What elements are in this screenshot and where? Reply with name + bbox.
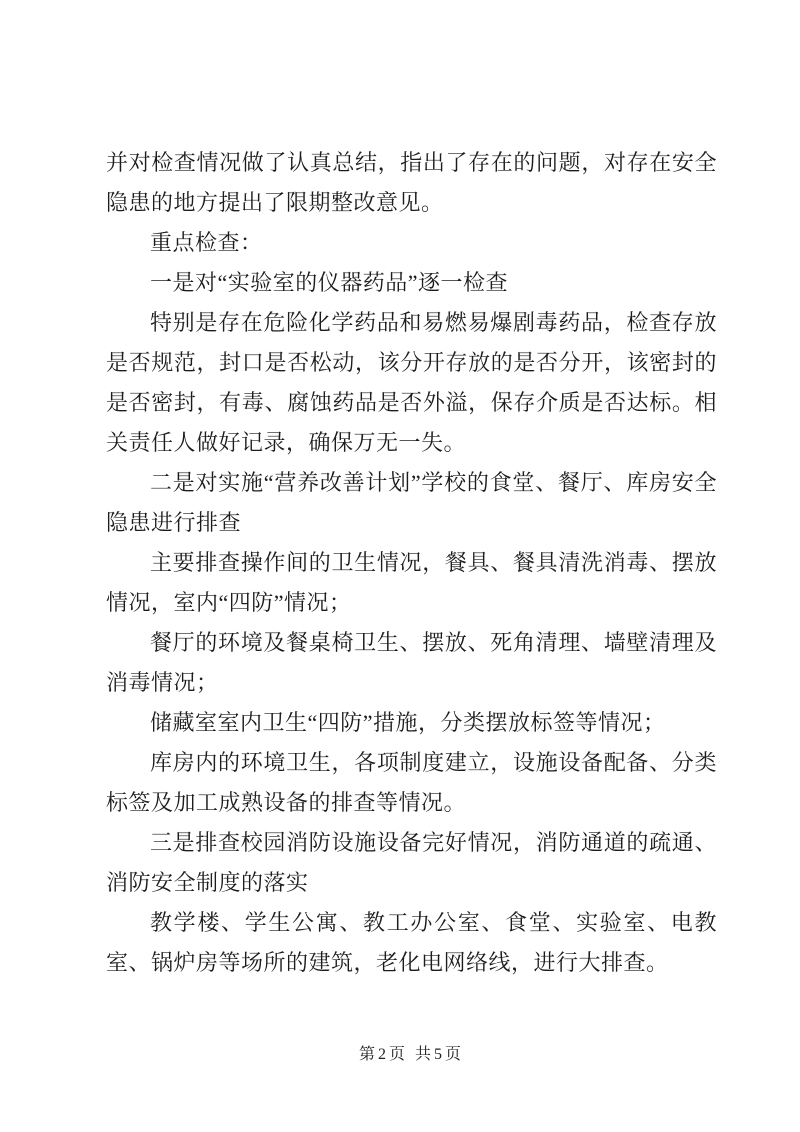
- paragraph: 餐厅的环境及餐桌椅卫生、摆放、死角清理、墙壁清理及消毒情况；: [106, 623, 717, 703]
- paragraph: 三是排查校园消防设施设备完好情况，消防通道的疏通、消防安全制度的落实: [106, 823, 717, 903]
- paragraph: 特别是存在危险化学药品和易燃易爆剧毒药品，检查存放是否规范，封口是否松动，该分开…: [106, 303, 717, 463]
- document-body: 并对检查情况做了认真总结，指出了存在的问题，对存在安全隐患的地方提出了限期整改意…: [106, 143, 717, 983]
- paragraph: 重点检查：: [106, 223, 717, 263]
- paragraph: 库房内的环境卫生，各项制度建立，设施设备配备、分类标签及加工成熟设备的排查等情况…: [106, 743, 717, 823]
- document-page: 并对检查情况做了认真总结，指出了存在的问题，对存在安全隐患的地方提出了限期整改意…: [0, 0, 800, 1132]
- paragraph: 并对检查情况做了认真总结，指出了存在的问题，对存在安全隐患的地方提出了限期整改意…: [106, 143, 717, 223]
- paragraph: 一是对“实验室的仪器药品”逐一检查: [106, 263, 717, 303]
- paragraph: 教学楼、学生公寓、教工办公室、食堂、实验室、电教室、锅炉房等场所的建筑，老化电网…: [106, 903, 717, 983]
- paragraph: 二是对实施“营养改善计划”学校的食堂、餐厅、库房安全隐患进行排查: [106, 463, 717, 543]
- paragraph: 储藏室室内卫生“四防”措施，分类摆放标签等情况；: [106, 703, 717, 743]
- paragraph: 主要排查操作间的卫生情况，餐具、餐具清洗消毒、摆放情况，室内“四防”情况；: [106, 543, 717, 623]
- page-number-footer: 第2页 共5页: [106, 1041, 717, 1064]
